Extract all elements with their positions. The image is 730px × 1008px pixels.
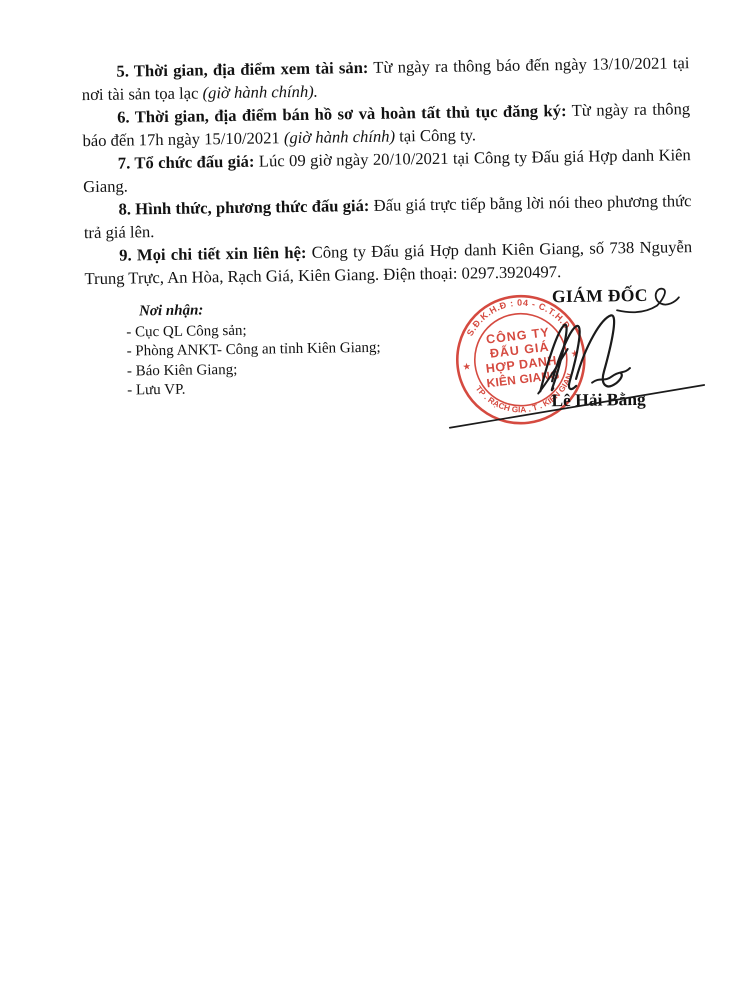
paragraph-6-heading: 6. Thời gian, địa điểm bán hồ sơ và hoàn… <box>117 101 567 127</box>
paragraph-9-heading: 9. Mọi chi tiết xin liên hệ: <box>119 243 306 265</box>
paragraph-7-heading: 7. Tổ chức đấu giá: <box>118 152 255 173</box>
document-body: 5. Thời gian, địa điểm xem tài sản: Từ n… <box>81 51 692 290</box>
pen-flourish <box>617 288 679 312</box>
paragraph-6-text-2: tại Công ty. <box>395 125 476 145</box>
paragraph-5-italic: (giờ hành chính). <box>202 82 318 103</box>
recipients-heading: Nơi nhận: <box>139 299 380 322</box>
paragraph-5-heading: 5. Thời gian, địa điểm xem tài sản: <box>116 58 368 81</box>
recipient-item: - Phòng ANKT- Công an tỉnh Kiên Giang; <box>126 339 380 362</box>
recipient-item: - Lưu VP. <box>127 378 381 401</box>
handwritten-ink-layer <box>441 271 724 451</box>
signature-scribble <box>575 315 622 387</box>
signature-scribble <box>592 368 630 383</box>
paragraph-8-heading: 8. Hình thức, phương thức đấu giá: <box>118 196 369 219</box>
document-page: 5. Thời gian, địa điểm xem tài sản: Từ n… <box>0 0 730 1008</box>
recipients-block: Nơi nhận: - Cục QL Công sản; - Phòng ANK… <box>126 299 381 401</box>
pen-strike-line <box>449 385 705 428</box>
paragraph-6-italic: (giờ hành chính) <box>284 127 395 148</box>
